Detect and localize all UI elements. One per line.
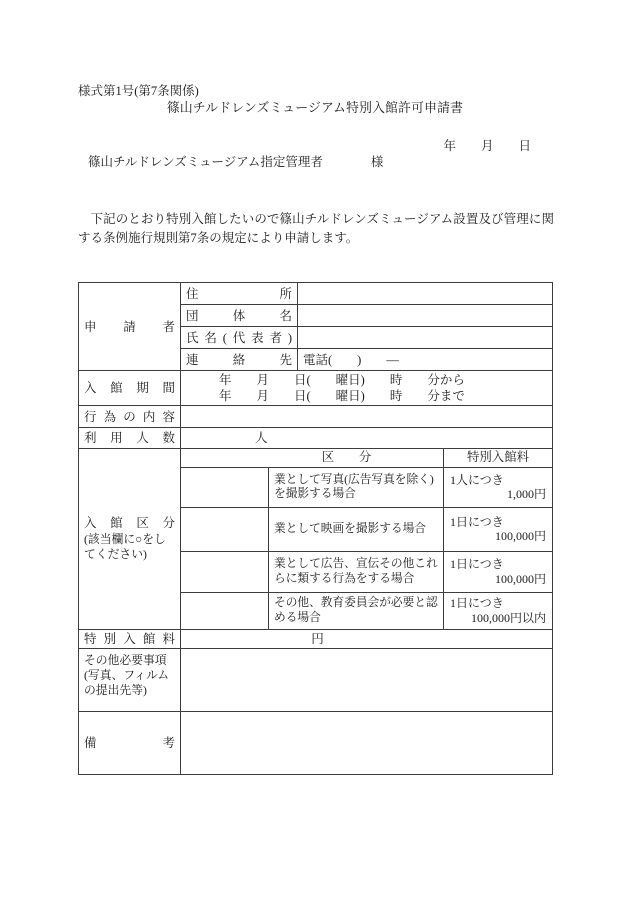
other-items-label-cell: その他必要事項 (写真、フィルム の提出先等): [79, 648, 181, 711]
fee-unit: 1日につき: [450, 557, 546, 572]
honorific: 様: [371, 155, 384, 169]
other-items-value-cell: [181, 648, 553, 711]
form-title: 篠山チルドレンズミュージアム特別入館許可申請書: [0, 97, 630, 116]
period-label-cell: 入館期間: [79, 371, 181, 406]
visitors-value-cell: 人: [181, 428, 553, 449]
other-items-note-line2: の提出先等): [84, 683, 175, 698]
date-line: 年 月 日: [443, 136, 531, 154]
special-fee-label-cell: 特別入館料: [79, 629, 181, 648]
fee-unit: 1人につき: [450, 473, 546, 488]
rate-fee-cell: 1日につき 100,000円: [444, 507, 553, 551]
contact-value-cell: 電話( ) ―: [298, 349, 553, 371]
contact-label-cell: 連絡先: [181, 349, 298, 371]
division-header-cell: 区 分: [181, 449, 444, 468]
period-value-cell: 年 月 日( 曜日) 時 分から 年 月 日( 曜日) 時 分まで: [181, 371, 553, 406]
mark-cell: [181, 551, 269, 592]
category-note-line1: (該当欄に○をし: [84, 532, 175, 547]
addressee-name: 篠山チルドレンズミュージアム指定管理者: [88, 155, 323, 169]
rate-fee-cell: 1日につき 100,000円以内: [444, 592, 553, 629]
rate-fee-cell: 1日につき 100,000円: [444, 551, 553, 592]
activity-label-cell: 行為の内容: [79, 406, 181, 428]
representative-value-cell: [298, 327, 553, 349]
other-items-label: その他必要事項: [84, 653, 175, 668]
remarks-value-cell: [181, 711, 553, 774]
mark-cell: [181, 507, 269, 551]
address-value-cell: [298, 283, 553, 305]
addressee-line: 篠山チルドレンズミュージアム指定管理者様: [88, 152, 383, 170]
fee-amount: 1,000円: [450, 487, 546, 502]
special-fee-value-cell: 円: [181, 629, 553, 648]
rate-desc-cell: 業として映画を撮影する場合: [269, 507, 444, 551]
remarks-label-cell: 備考: [79, 711, 181, 774]
fee-amount: 100,000円: [450, 572, 546, 587]
mark-cell: [181, 467, 269, 507]
category-label-cell: 入館区分 (該当欄に○をし てください): [79, 449, 181, 630]
fee-header-cell: 特別入館料: [444, 449, 553, 468]
special-fee-value: 円: [186, 631, 449, 647]
applicant-label-cell: 申請者: [79, 283, 181, 371]
rate-fee-cell: 1人につき 1,000円: [444, 467, 553, 507]
category-label: 入館区分: [84, 515, 175, 532]
intro-paragraph: 下記のとおり特別入館したいので篠山チルドレンズミュージアム設置及び管理に関する条…: [78, 210, 554, 247]
org-name-label-cell: 団体名: [181, 305, 298, 327]
fee-amount: 100,000円: [450, 529, 546, 544]
mark-cell: [181, 592, 269, 629]
category-note-line2: てください): [84, 547, 175, 562]
visitors-label-cell: 利用人数: [79, 428, 181, 449]
application-table: 申請者 住所 団体名 氏名(代表者) 連絡先 電話( ) ― 入館期間 年 月 …: [78, 282, 553, 775]
fee-amount: 100,000円以内: [450, 611, 546, 626]
application-form-page: 様式第1号(第7条関係) 篠山チルドレンズミュージアム特別入館許可申請書 年 月…: [0, 0, 630, 903]
other-items-note-line1: (写真、フィルム: [84, 668, 175, 683]
fee-unit: 1日につき: [450, 515, 546, 530]
representative-label-cell: 氏名(代表者): [181, 327, 298, 349]
activity-value-cell: [181, 406, 553, 428]
rate-desc-cell: 業として広告、宣伝その他これ らに類する行為をする場合: [269, 551, 444, 592]
rate-desc-cell: 業として写真(広告写真を除く) を撮影する場合: [269, 467, 444, 507]
fee-unit: 1日につき: [450, 596, 546, 611]
address-label-cell: 住所: [181, 283, 298, 305]
org-name-value-cell: [298, 305, 553, 327]
rate-desc-cell: その他、教育委員会が必要と認 める場合: [269, 592, 444, 629]
